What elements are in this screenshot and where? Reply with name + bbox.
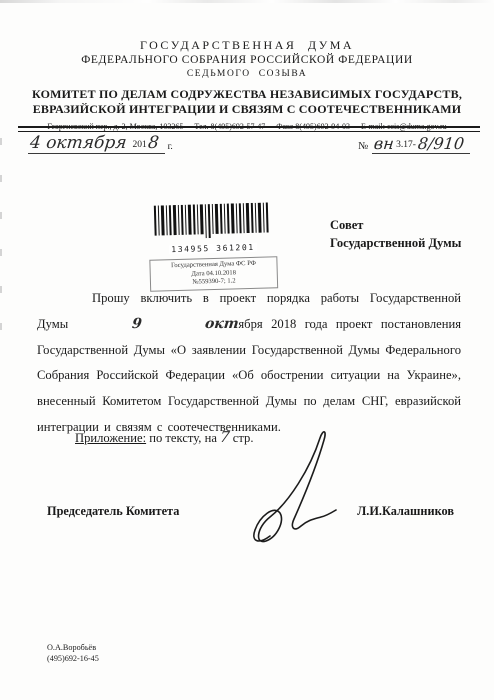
letterhead: ГОСУДАРСТВЕННАЯ ДУМА ФЕДЕРАЛЬНОГО СОБРАН… (0, 38, 494, 131)
number-handwritten-prefix: вн (373, 135, 395, 152)
year-handwritten: 8 (147, 134, 160, 152)
number-sign: № (358, 141, 372, 154)
addressee: Совет Государственной Думы (330, 216, 461, 252)
barcode-digits: 134955 361201 (169, 243, 257, 254)
addressee-line-1: Совет (330, 216, 461, 234)
number-printed: 3.17- (394, 140, 418, 152)
convocation: СЕДЬМОГО СОЗЫВА (0, 69, 494, 79)
executor-name: О.А.Воробьёв (47, 642, 99, 653)
barcode-icon (153, 202, 272, 239)
attachment-text-before: по тексту, на (146, 431, 220, 445)
body-paragraph: Прошу включить в проект порядка работы Г… (37, 286, 461, 441)
letter-page: ГОСУДАРСТВЕННАЯ ДУМА ФЕДЕРАЛЬНОГО СОБРАН… (0, 0, 494, 700)
committee-name: КОМИТЕТ ПО ДЕЛАМ СОДРУЖЕСТВА НЕЗАВИСИМЫХ… (0, 87, 494, 116)
signatory-title: Председатель Комитета (47, 504, 179, 519)
org-subtitle: ФЕДЕРАЛЬНОГО СОБРАНИЯ РОССИЙСКОЙ ФЕДЕРАЦ… (0, 54, 494, 66)
signature-autograph (243, 424, 353, 548)
executor-phone: (495)692-16-45 (47, 653, 99, 664)
year-suffix: г. (165, 142, 173, 154)
signatory-name: Л.И.Калашников (357, 504, 454, 519)
handwritten-page-count: 7 (219, 428, 230, 446)
handwritten-month: окт (149, 318, 239, 330)
handwritten-day: 9 (76, 318, 142, 330)
attachment-note: Приложение: по тексту, на 7 стр. (75, 428, 253, 446)
letterhead-divider (18, 126, 480, 132)
date-number-row: 4 октября 201 8 г. № вн 3.17- 8/910 (28, 134, 470, 154)
scan-artifact-left (0, 138, 2, 338)
org-name: ГОСУДАРСТВЕННАЯ ДУМА (0, 38, 494, 53)
year-printed: 201 (127, 140, 148, 152)
date-underline-group: 4 октября 201 8 (28, 134, 165, 154)
number-field: № вн 3.17- 8/910 (358, 135, 470, 154)
number-underline-group: вн 3.17- 8/910 (372, 135, 470, 154)
date-handwritten: 4 октября (29, 134, 127, 152)
attachment-label: Приложение: (75, 431, 146, 445)
executor-footer: О.А.Воробьёв (495)692-16-45 (47, 642, 99, 664)
number-handwritten: 8/910 (417, 135, 465, 152)
registration-stamp: 134955 361201 Государственная Дума ФС РФ… (148, 202, 278, 291)
committee-line-2: ЕВРАЗИЙСКОЙ ИНТЕГРАЦИИ И СВЯЗЯМ С СООТЕЧ… (0, 102, 494, 117)
addressee-line-2: Государственной Думы (330, 234, 461, 252)
committee-line-1: КОМИТЕТ ПО ДЕЛАМ СОДРУЖЕСТВА НЕЗАВИСИМЫХ… (0, 87, 494, 102)
body-text-rest: ября 2018 года проект постановления Госу… (37, 317, 461, 434)
date-field: 4 октября 201 8 г. (28, 134, 173, 154)
scan-artifact-top (0, 0, 494, 3)
